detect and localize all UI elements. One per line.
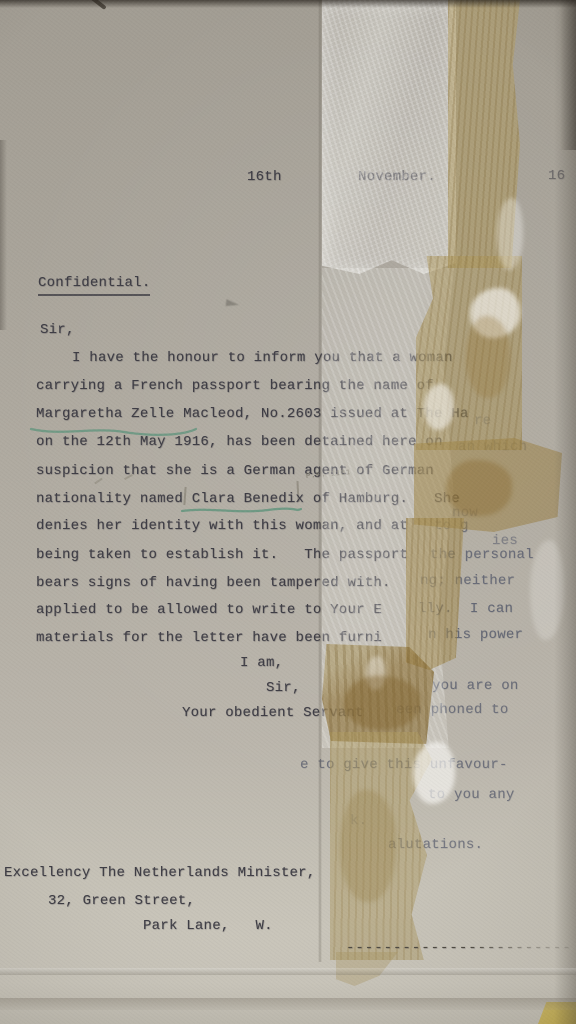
document-photo: 16th November. 16 Confidential. Sir, I h… (0, 0, 576, 1024)
bleedthrough-fragment: you are on (432, 679, 519, 693)
page-right-edge-shadow (560, 0, 576, 150)
fold-line-lower (0, 998, 576, 1010)
bleedthrough-fragment: ies (492, 534, 518, 548)
tape-stain (466, 316, 510, 398)
address-line: Park Lane, W. (143, 919, 273, 933)
vertical-crease (318, 0, 322, 962)
typed-dashed-rule: ------------------------ (346, 941, 572, 955)
salutation: Sir, (40, 323, 75, 337)
address-line: 32, Green Street, (48, 894, 195, 908)
yellow-tape-column (406, 518, 464, 670)
tape-stain (446, 460, 512, 516)
address-line: Excellency The Netherlands Minister, (4, 866, 315, 880)
closing-sir: Sir, (266, 681, 301, 695)
page-left-edge-shadow (0, 140, 7, 330)
clear-tape-strip-top (322, 0, 456, 274)
tape-stain (344, 676, 420, 730)
tape-stain (340, 790, 396, 902)
page-top-edge-shadow (0, 0, 576, 8)
classification-heading: Confidential. (38, 276, 150, 296)
date-day: 16th (247, 170, 282, 184)
fold-line-upper (0, 968, 576, 975)
closing-i-am: I am, (240, 656, 283, 670)
page-right-edge (554, 0, 576, 1024)
